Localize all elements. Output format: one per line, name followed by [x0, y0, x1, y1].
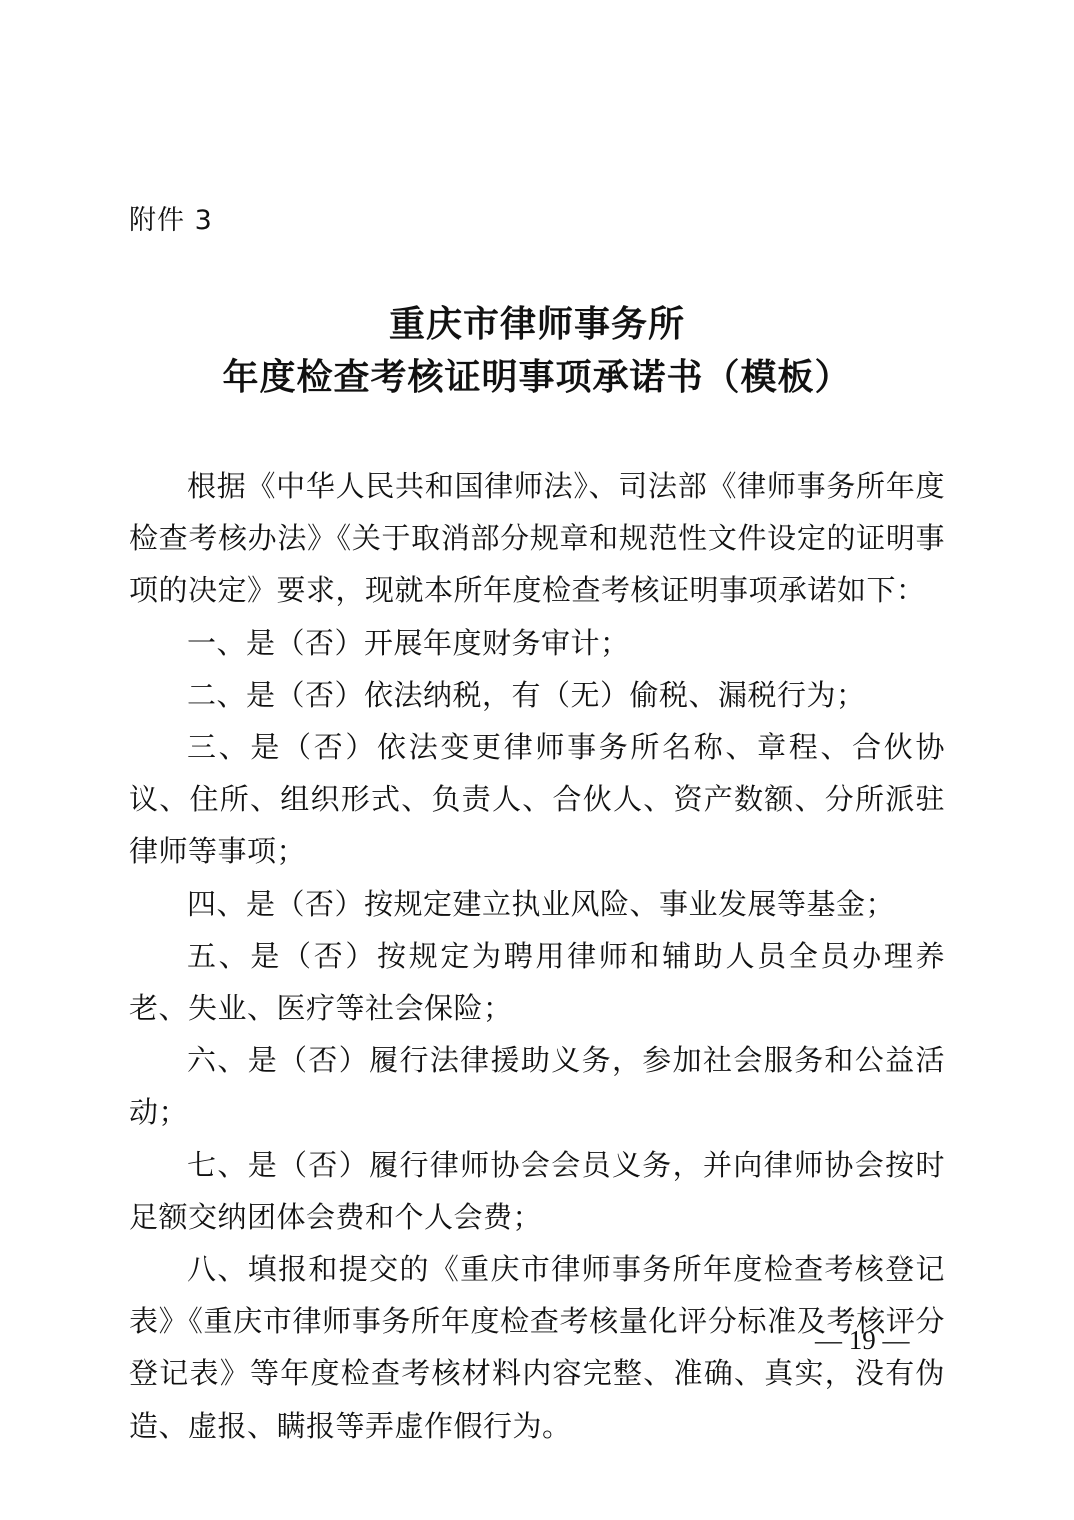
commitment-item-1: 一、是（否）开展年度财务审计； [129, 617, 945, 669]
document-page: 附件 3 重庆市律师事务所 年度检查考核证明事项承诺书（模板） 根据《中华人民共… [0, 0, 1074, 1520]
document-title-line-1: 重庆市律师事务所 [0, 300, 1074, 350]
document-title-line-2: 年度检查考核证明事项承诺书（模板） [0, 353, 1074, 403]
intro-paragraph: 根据《中华人民共和国律师法》、司法部《律师事务所年度检查考核办法》《关于取消部分… [129, 460, 945, 617]
document-body: 根据《中华人民共和国律师法》、司法部《律师事务所年度检查考核办法》《关于取消部分… [129, 460, 945, 1452]
page-number: — 19 — [815, 1322, 910, 1358]
commitment-item-5: 五、是（否）按规定为聘用律师和辅助人员全员办理养老、失业、医疗等社会保险； [129, 930, 945, 1034]
commitment-item-4: 四、是（否）按规定建立执业风险、事业发展等基金； [129, 878, 945, 930]
commitment-item-3: 三、是（否）依法变更律师事务所名称、章程、合伙协议、住所、组织形式、负责人、合伙… [129, 721, 945, 878]
commitment-item-2: 二、是（否）依法纳税，有（无）偷税、漏税行为； [129, 669, 945, 721]
commitment-item-7: 七、是（否）履行律师协会会员义务，并向律师协会按时足额交纳团体会费和个人会费； [129, 1139, 945, 1243]
attachment-label: 附件 3 [129, 203, 213, 239]
commitment-item-6: 六、是（否）履行法律援助义务，参加社会服务和公益活动； [129, 1034, 945, 1138]
